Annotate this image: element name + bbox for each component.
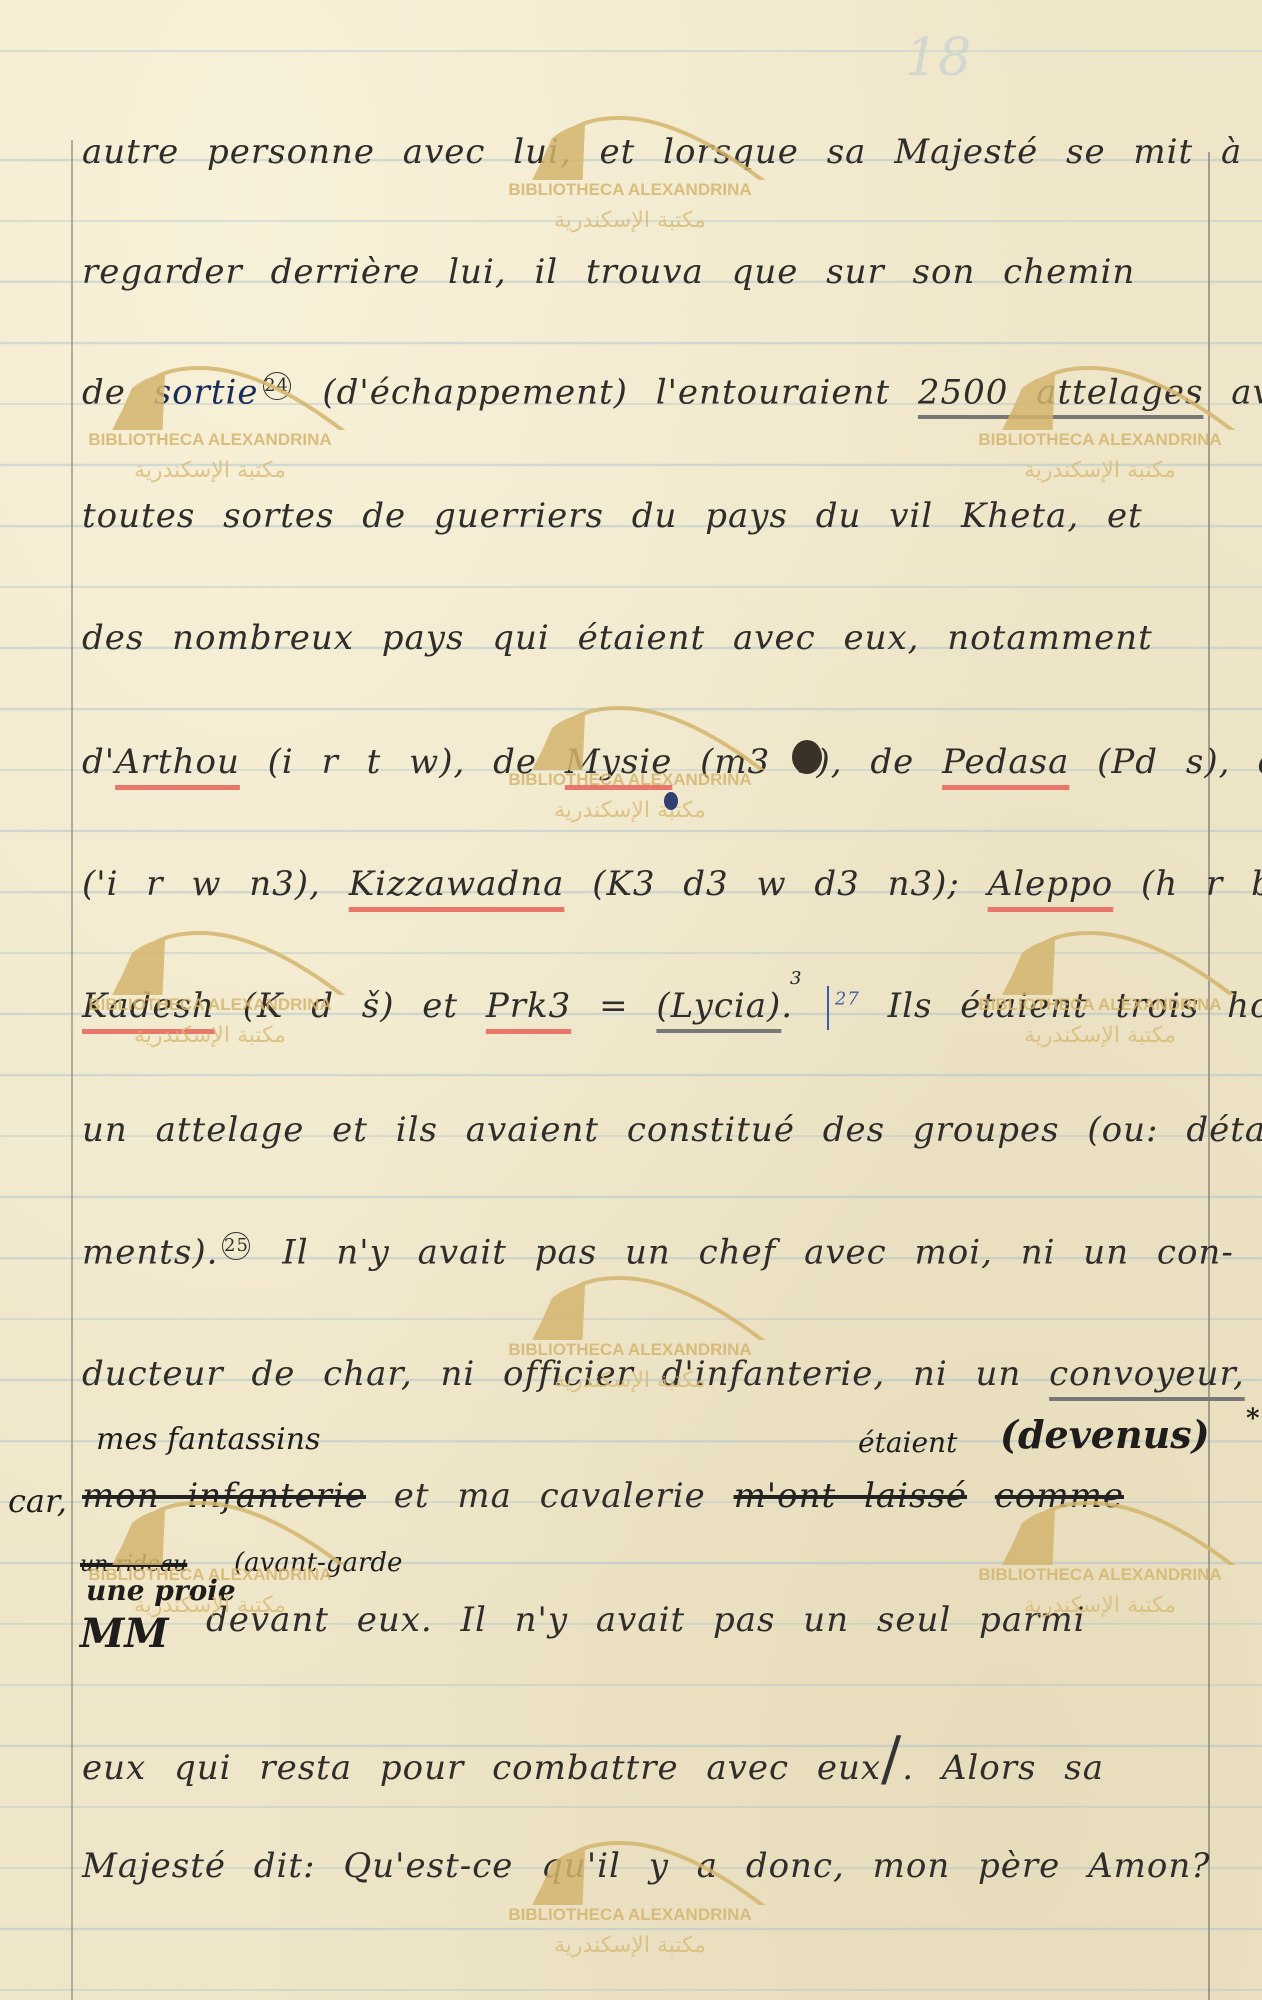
place-arthou: Arthou <box>115 742 240 782</box>
word: avec <box>1231 372 1262 412</box>
text-line-6: d'Arthou (i r t w), de Mysie (m3 s), de … <box>82 742 1262 782</box>
footnote-marker-25: 25 <box>222 1232 250 1260</box>
transliteration: (K3 d3 w d3 n3); <box>592 864 960 904</box>
text-line-9: un attelage et ils avaient constitué des… <box>82 1110 1262 1150</box>
period: . <box>781 986 793 1026</box>
word: de <box>82 372 126 412</box>
place-kadesh: Kadesh <box>82 986 215 1026</box>
text-line-1: autre personne avec lui, et lorsque sa M… <box>82 132 1242 172</box>
insertion-etaient: étaient <box>858 1426 957 1459</box>
transliteration: (i r t w), de <box>268 742 537 782</box>
phrase: et ma cavalerie <box>394 1476 706 1516</box>
text-line-16: eux qui resta pour combattre avec eux/. … <box>82 1724 1104 1794</box>
text-line-11: ducteur de char, ni officier d'infanteri… <box>82 1354 1245 1394</box>
text-line-15: devant eux. Il n'y avait pas un seul par… <box>206 1600 1085 1640</box>
text-line-3: de sortie24 (d'échappement) l'entouraien… <box>82 372 1262 412</box>
text-line-5: des nombreux pays qui étaient avec eux, … <box>82 618 1153 658</box>
scribble-mark: MM <box>80 1610 169 1657</box>
ink-blot <box>792 740 822 774</box>
underlined-count: 2500 attelages <box>918 372 1204 412</box>
right-margin-line <box>1208 152 1210 2000</box>
insertion-avant-garde: (avant-garde <box>234 1548 402 1578</box>
text-line-7: ('i r w n3), Kizzawadna (K3 d3 w d3 n3);… <box>82 864 1262 904</box>
word-sortie: sortie <box>154 372 259 412</box>
footnote-marker-24: 24 <box>263 372 291 400</box>
phrase: . Alors sa <box>902 1748 1104 1788</box>
ink-blot-small <box>664 792 678 810</box>
slash-mark: / <box>881 1724 902 1794</box>
struck-ont-laisse: m'ont laissé <box>734 1476 967 1516</box>
transliteration: (Pd s), d' <box>1097 742 1262 782</box>
insertion-mes-fantassins: mes fantassins <box>96 1422 321 1457</box>
text-line-8: Kadesh (K d š) et Prk3 = (Lycia). 27 Ils… <box>82 986 1262 1030</box>
text-line-4: toutes sortes de guerriers du pays du vi… <box>82 496 1143 536</box>
transliteration: (h r b w), <box>1141 864 1262 904</box>
transliteration: (K d š) et <box>243 986 458 1026</box>
phrase: ments). <box>82 1232 218 1272</box>
place-kizzawadna: Kizzawadna <box>349 864 565 904</box>
left-margin-line <box>71 140 73 2000</box>
struck-mon-infanterie: mon infanterie <box>82 1476 366 1516</box>
prefix: d' <box>82 742 115 782</box>
page-number: 18 <box>905 28 971 88</box>
insertion-mark <box>827 986 829 1030</box>
equals-sign: = <box>599 986 629 1026</box>
phrase: eux qui resta pour combattre avec eux <box>82 1748 881 1788</box>
insertion-devenus: (devenus) <box>1000 1412 1210 1457</box>
place-mysie: Mysie <box>565 742 672 782</box>
phrase: Il n'y avait pas un chef avec moi, ni un… <box>282 1232 1234 1272</box>
superscript-3: 3 <box>790 968 801 989</box>
phrase: ducteur de char, ni officier d'infanteri… <box>82 1354 1021 1394</box>
place-pedasa: Pedasa <box>942 742 1069 782</box>
text-line-13: mon infanterie et ma cavalerie m'ont lai… <box>82 1476 1124 1516</box>
margin-car: car, <box>8 1482 67 1520</box>
text-line-2: regarder derrière lui, il trouva que sur… <box>82 252 1135 292</box>
transliteration: ('i r w n3), <box>82 864 321 904</box>
place-aleppo: Aleppo <box>988 864 1114 904</box>
text-line-10: ments).25 Il n'y avait pas un chef avec … <box>82 1232 1234 1272</box>
place-lycia: (Lycia) <box>656 986 781 1026</box>
phrase: (d'échappement) l'entouraient <box>322 372 890 412</box>
manuscript-page: 18 autre personne avec lui, et lorsque s… <box>0 0 1262 2000</box>
struck-comme: comme <box>995 1476 1124 1516</box>
phrase: Ils étaient trois hommes par <box>888 986 1262 1026</box>
word-convoyeur: convoyeur, <box>1049 1354 1245 1394</box>
place-prk: Prk3 <box>486 986 571 1026</box>
insertion-marker-number: 27 <box>835 989 860 1010</box>
asterisk-mark: * <box>1246 1404 1260 1434</box>
text-line-17: Majesté dit: Qu'est-ce qu'il y a donc, m… <box>82 1846 1210 1886</box>
